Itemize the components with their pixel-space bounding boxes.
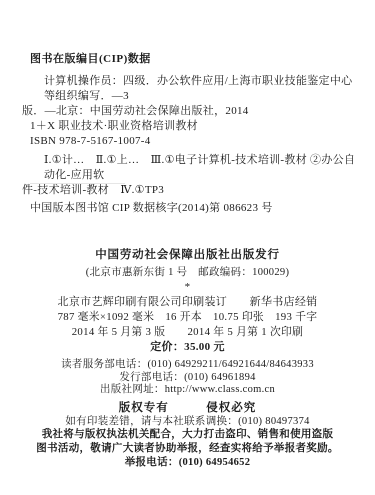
cip-record-number: 中国版本图书馆 CIP 数据核字(2014)第 086623 号 <box>30 201 363 216</box>
anti-piracy-notice-line-2: 图书活动，敬请广大读者协助举报，经查实将给予举报者奖励。 <box>0 442 375 456</box>
edition-printing-line: 2014 年 5 月第 3 版 2014 年 5 月第 1 次印刷 <box>0 325 375 340</box>
classification-line-1: Ⅰ.①计… Ⅱ.①上… Ⅲ.①电子计算机-技术培训-教材 ②办公自动化-应用软 <box>22 153 363 183</box>
series-title: 1＋X 职业技术·职业资格培训教材 <box>30 119 363 134</box>
cip-data-block: 图书在版编目(CIP)数据 计算机操作员：四级．办公软件应用/上海市职业技能鉴定… <box>22 52 363 216</box>
price-line: 定价：35.00 元 <box>0 340 375 354</box>
asterisk-divider: * <box>0 282 375 292</box>
classification-line-2: 件-技术培训-教材 Ⅳ.①TP3 <box>22 183 363 198</box>
colophon-block: 中国劳动社会保障出版社出版发行 (北京市惠新东街 1 号 邮政编码：100029… <box>0 248 375 469</box>
format-specs-line: 787 毫米×1092 毫米 16 开本 10.75 印张 193 千字 <box>0 310 375 325</box>
cip-entry-line-1: 计算机操作员：四级．办公软件应用/上海市职业技能鉴定中心等组织编写．—3 <box>22 74 363 104</box>
copyright-notice: 版权专有 侵权必究 <box>0 401 375 415</box>
anti-piracy-notice-line-1: 我社将与版权执法机关配合，大力打击盗印、销售和使用盗版 <box>0 428 375 442</box>
publisher-line: 中国劳动社会保障出版社出版发行 <box>0 248 375 263</box>
cip-heading: 图书在版编目(CIP)数据 <box>30 52 363 67</box>
faint-divider-line <box>30 183 125 184</box>
exchange-notice: 如有印装差错，请与本社联系调换：(010) 80497374 <box>0 415 375 428</box>
service-phone-line: 读者服务部电话：(010) 64929211/64921644/84643933 <box>0 359 375 372</box>
publisher-address-line: (北京市惠新东街 1 号 邮政编码：100029) <box>0 266 375 280</box>
cip-entry-line-2: 版．—北京：中国劳动社会保障出版社，2014 <box>22 104 363 119</box>
publisher-website-line: 出版社网址：http://www.class.com.cn <box>0 384 375 397</box>
printer-distributor-line: 北京市艺辉印刷有限公司印刷装订 新华书店经销 <box>0 295 375 310</box>
distribution-phone-line: 发行部电话：(010) 64961894 <box>0 372 375 385</box>
isbn-number: ISBN 978-7-5167-1007-4 <box>30 134 363 149</box>
book-copyright-page: 图书在版编目(CIP)数据 计算机操作员：四级．办公软件应用/上海市职业技能鉴定… <box>0 0 375 495</box>
report-phone-line: 举报电话：(010) 64954652 <box>0 456 375 469</box>
